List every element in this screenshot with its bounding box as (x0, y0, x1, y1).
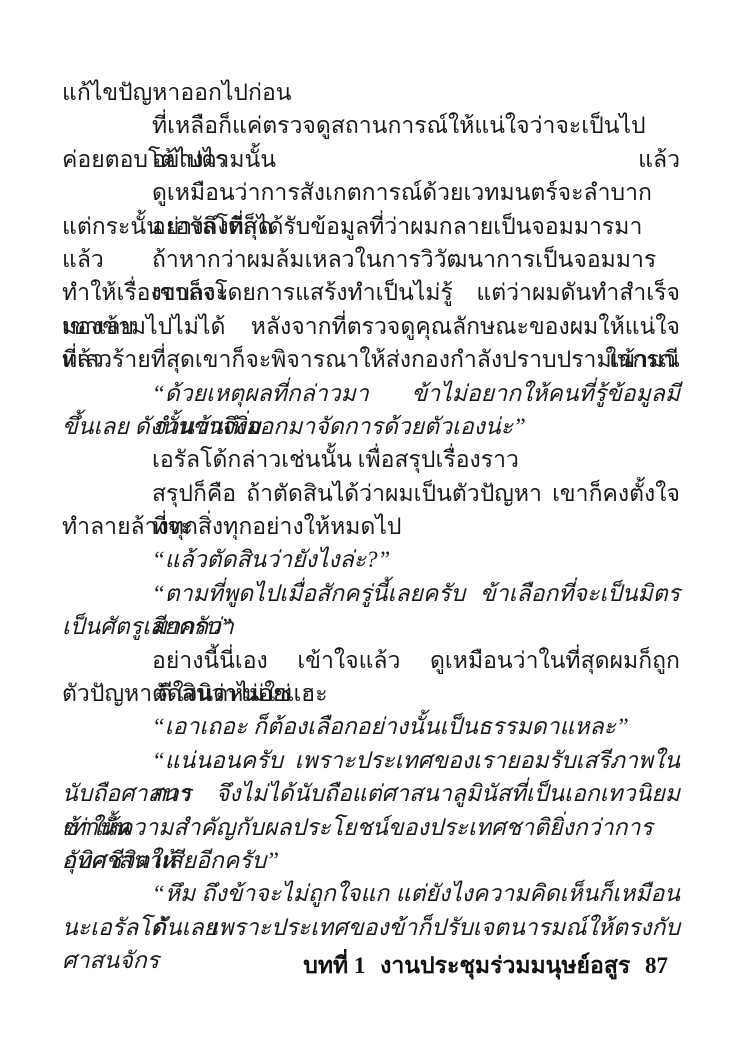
text-line: ข้าให้ความสำคัญกับผลประโยชน์ของประเทศชาต… (62, 811, 680, 844)
text-line: แก้ไขปัญหาออกไปก่อน (62, 76, 680, 109)
body-text: แก้ไขปัญหาออกไปก่อนที่เหลือก็แค่ตรวจดูสถ… (62, 76, 680, 944)
text-line: ที่เหลือก็แค่ตรวจดูสถานการณ์ให้แน่ใจว่าจ… (62, 109, 680, 142)
text-line: สรุปก็คือ ถ้าตัดสินได้ว่าผมเป็นตัวปัญหา … (62, 477, 680, 510)
text-line: ดูเหมือนว่าการสังเกตการณ์ด้วยเวทมนตร์จะล… (62, 176, 680, 209)
text-line: ที่เลวร้ายที่สุดเขาก็จะพิจารณาให้ส่งกองก… (62, 343, 680, 376)
text-line: มองข้ามไปไม่ได้ หลังจากที่ตรวจดูคุณลักษณ… (62, 310, 680, 343)
text-line: อย่างนี้นี่เอง เข้าใจแล้ว ดูเหมือนว่าในท… (62, 644, 680, 677)
text-line: ถ้าหากว่าผมล้มเหลวในการวิวัฒนาการเป็นจอม… (62, 243, 680, 276)
text-line: เอรัลโด้กล่าวเช่นนั้น เพื่อสรุปเรื่องราว (62, 443, 680, 476)
chapter-label: บทที่ 1 (303, 953, 365, 978)
page-number: 87 (645, 953, 668, 978)
text-line: ทำให้เรื่องจบลงโดยการแสร้งทำเป็นไม่รู้ แ… (62, 276, 680, 309)
text-line: ทำลายล้างทุกสิ่งทุกอย่างให้หมดไป (62, 510, 680, 543)
chapter-title: งานประชุมร่วมมนุษย์อสูร (380, 953, 630, 978)
text-line: กับศาสนาเสียอีกครับ” (62, 844, 680, 877)
text-line: แต่กระนั้น เอรัลโด้ก็ได้รับข้อมูลที่ว่าผ… (62, 210, 680, 243)
text-line: “แน่นอนครับ เพราะประเทศของเรายอมรับเสรีภ… (62, 744, 680, 777)
text-line: “ด้วยเหตุผลที่กล่าวมา ข้าไม่อยากให้คนที่… (62, 377, 680, 410)
text-line: “ตามที่พูดไปเมื่อสักครู่นี้เลยครับ ข้าเล… (62, 577, 680, 610)
page-footer: บทที่ 1 งานประชุมร่วมมนุษย์อสูร 87 (62, 951, 668, 981)
text-line: ตัวปัญหา ดีใจนิดหน่อยแฮะ (62, 677, 680, 710)
text-line: ขึ้นเลย ดังนั้นข้าจึงออกมาจัดการด้วยตัวเ… (62, 410, 680, 443)
text-line: “เอาเถอะ ก็ต้องเลือกอย่างนั้นเป็นธรรมดาแ… (62, 710, 680, 743)
text-line: “หึม ถึงข้าจะไม่ถูกใจแก แต่ยังไงความคิดเ… (62, 877, 680, 910)
book-page: แก้ไขปัญหาออกไปก่อนที่เหลือก็แค่ตรวจดูสถ… (0, 0, 738, 1051)
text-line: เป็นศัตรูเสียครับ” (62, 610, 680, 643)
text-line: นับถือศาสนา จึงไม่ได้นับถือแต่ศาสนาลูมิน… (62, 777, 680, 810)
text-line: “แล้วตัดสินว่ายังไงล่ะ?” (62, 543, 680, 576)
text-line: นะเอรัลโด้ เพราะประเทศของข้าก็ปรับเจตนาร… (62, 911, 680, 944)
